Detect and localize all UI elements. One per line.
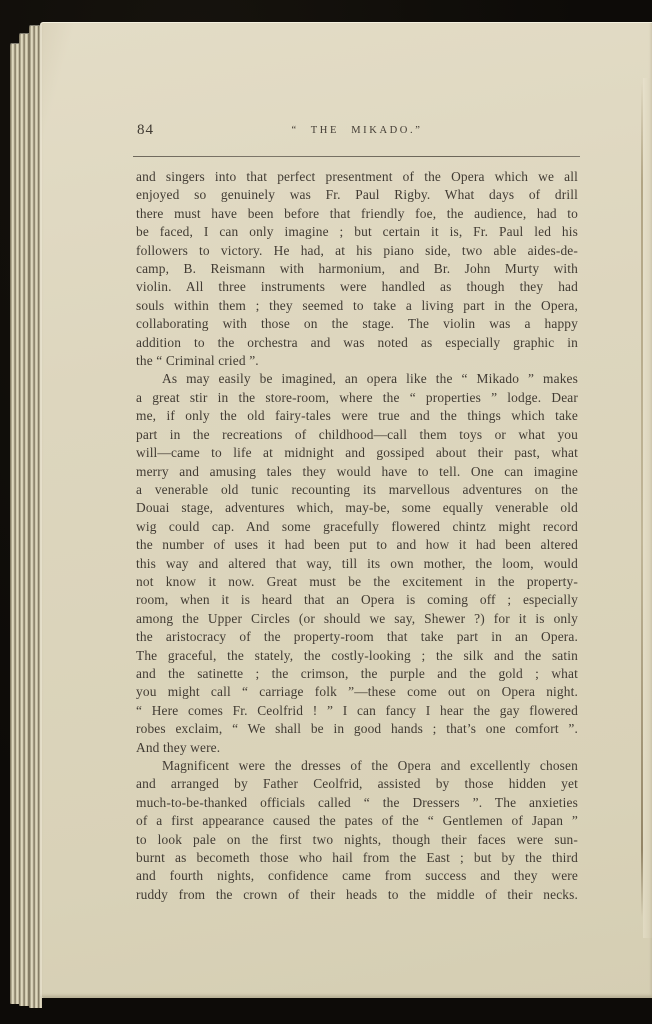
page-right-sliver: [643, 78, 652, 938]
text-line: followers to victory. He had, at his pia…: [136, 242, 578, 260]
text-line: not know it now. Great must be the excit…: [136, 573, 578, 591]
text-line: you might call “ carriage folk ”—these c…: [136, 683, 578, 701]
text-line: this way and altered that way, till its …: [136, 555, 578, 573]
text-line: violin. All three instruments were handl…: [136, 278, 578, 296]
text-line: of a first appearance caused the pates o…: [136, 812, 578, 830]
text-line: As may easily be imagined, an opera like…: [136, 370, 578, 388]
text-line: ruddy from the crown of their heads to t…: [136, 886, 578, 904]
text-line: addition to the orchestra and was noted …: [136, 334, 578, 352]
text-line: be faced, I can only imagine ; but certa…: [136, 223, 578, 241]
book-page: 84 “ THE MIKADO.” and singers into that …: [40, 22, 652, 998]
text-line: among the Upper Circles (or should we sa…: [136, 610, 578, 628]
text-line: and singers into that perfect presentmen…: [136, 168, 578, 186]
text-line: souls within them ; they seemed to take …: [136, 297, 578, 315]
header-rule: [133, 156, 580, 157]
text-line: there must have been before that friendl…: [136, 205, 578, 223]
text-line: the “ Criminal cried ”.: [136, 352, 578, 370]
text-line: the aristocracy of the property-room tha…: [136, 628, 578, 646]
text-block: and singers into that perfect presentmen…: [136, 168, 578, 904]
text-line: enjoyed so genuinely was Fr. Paul Rigby.…: [136, 186, 578, 204]
text-line: burnt as becometh those who hail from th…: [136, 849, 578, 867]
text-line: Magnificent were the dresses of the Oper…: [136, 757, 578, 775]
text-line: Douai stage, adventures which, may-be, s…: [136, 499, 578, 517]
paragraph: and singers into that perfect presentmen…: [136, 168, 578, 370]
text-line: collaborating with those on the stage. T…: [136, 315, 578, 333]
text-line: “ Here comes Fr. Ceolfrid ! ” I can fanc…: [136, 702, 578, 720]
text-line: merry and amusing tales they would have …: [136, 463, 578, 481]
scan-background: 84 “ THE MIKADO.” and singers into that …: [0, 0, 652, 1024]
text-line: to look pale on the first two nights, th…: [136, 831, 578, 849]
text-line: The graceful, the stately, the costly-lo…: [136, 647, 578, 665]
page-crease: [641, 82, 643, 917]
text-line: room, when it is heard that an Opera is …: [136, 591, 578, 609]
text-line: much-to-be-thanked officials called “ th…: [136, 794, 578, 812]
paragraph: As may easily be imagined, an opera like…: [136, 370, 578, 757]
text-line: And they were.: [136, 739, 578, 757]
running-title: “ THE MIKADO.”: [136, 125, 578, 136]
text-line: wig could cap. And some gracefully flowe…: [136, 518, 578, 536]
text-line: a venerable old tunic recounting its mar…: [136, 481, 578, 499]
text-line: part in the recreations of childhood—cal…: [136, 426, 578, 444]
book-page-edge-stack: [10, 24, 42, 1008]
text-line: and arranged by Father Ceolfrid, assiste…: [136, 775, 578, 793]
paragraph: Magnificent were the dresses of the Oper…: [136, 757, 578, 904]
text-line: camp, B. Reismann with harmonium, and Br…: [136, 260, 578, 278]
text-line: and the satinette ; the crimson, the pur…: [136, 665, 578, 683]
text-line: robes exclaim, “ We shall be in good han…: [136, 720, 578, 738]
text-line: and fourth nights, confidence came from …: [136, 867, 578, 885]
text-line: a great stir in the store-room, where th…: [136, 389, 578, 407]
text-line: me, if only the old fairy-tales were tru…: [136, 407, 578, 425]
text-line: will—came to life at midnight and gossip…: [136, 444, 578, 462]
text-line: the number of uses it had been put to an…: [136, 536, 578, 554]
